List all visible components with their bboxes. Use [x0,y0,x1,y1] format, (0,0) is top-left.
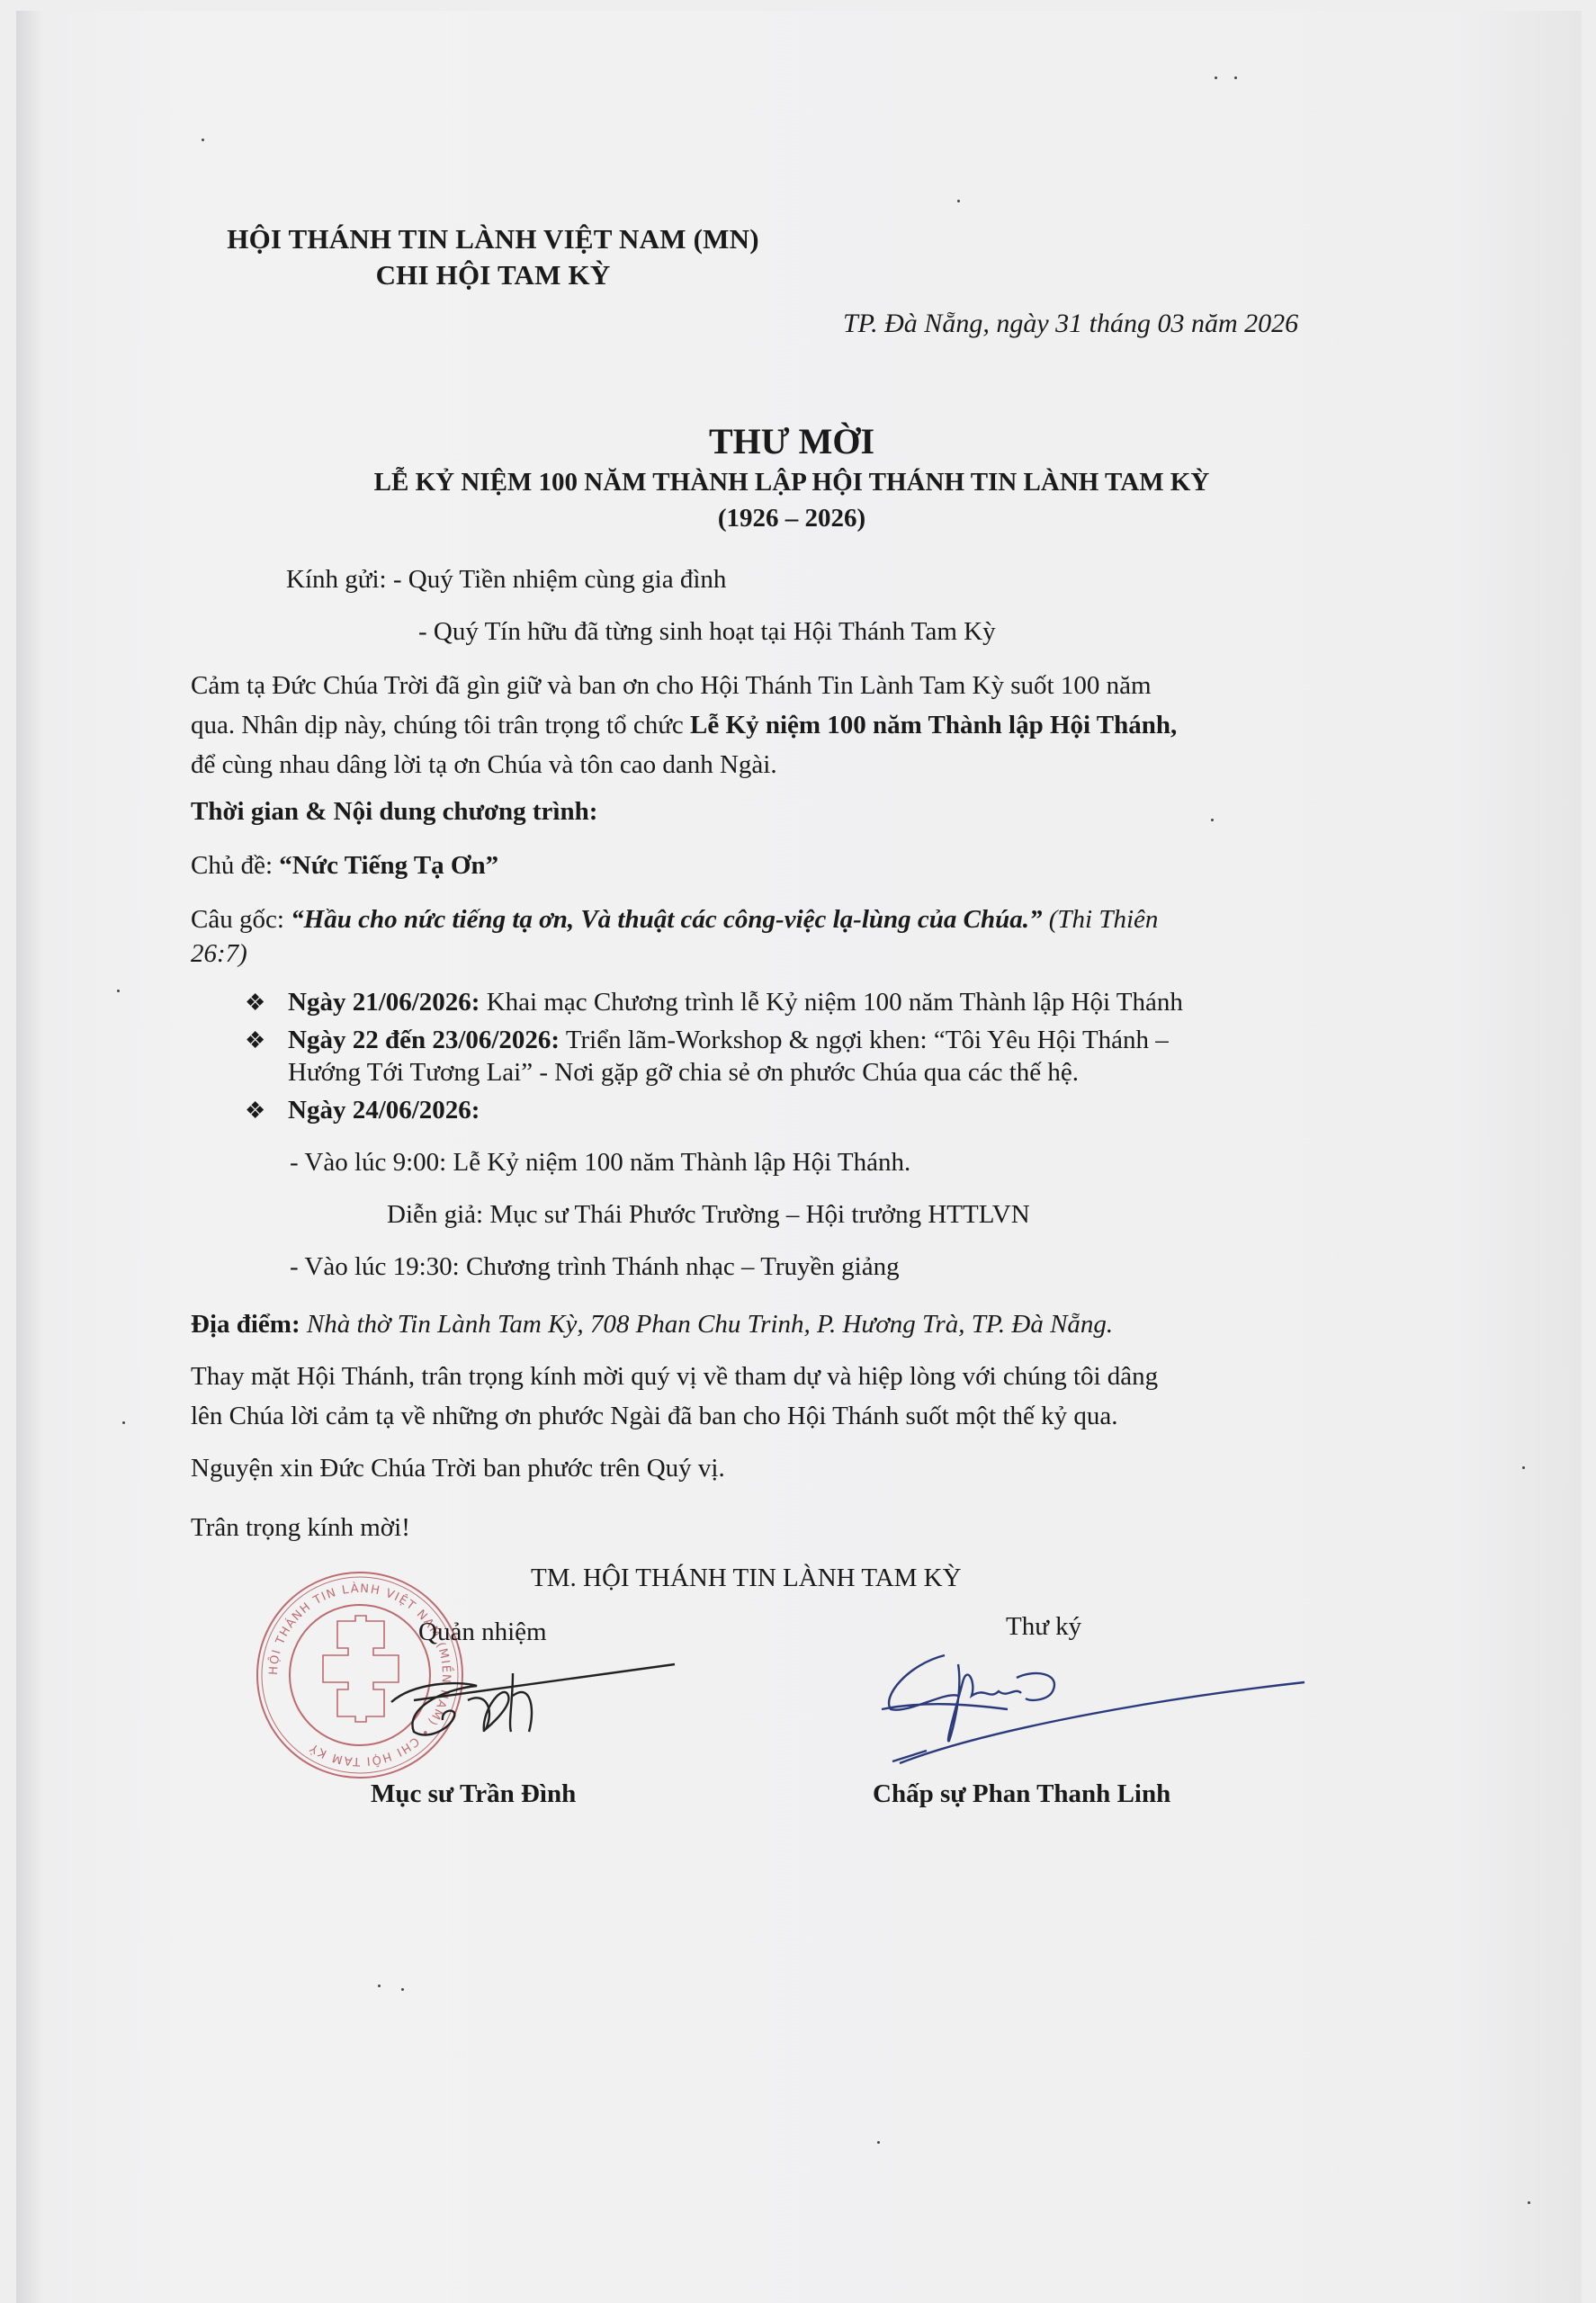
intro-line: để cùng nhau dâng lời tạ ơn Chúa và tôn … [191,745,1177,784]
sub-event-evening: - Vào lúc 19:30: Chương trình Thánh nhạc… [290,1247,900,1286]
recipient-item: - Quý Tiền nhiệm cùng gia đình [393,565,727,594]
speck [1528,2201,1530,2204]
location-value: Nhà thờ Tin Lành Tam Kỳ, 708 Phan Chu Tr… [307,1310,1113,1339]
regards-line: Trân trọng kính mời! [191,1508,410,1547]
event-item: ❖Ngày 21/06/2026: Khai mạc Chương trình … [245,982,1183,1023]
closing-paragraph: Thay mặt Hội Thánh, trân trọng kính mời … [191,1357,1158,1436]
event-item-continued: Hướng Tới Tương Lai” - Nơi gặp gỡ chia s… [288,1053,1079,1092]
event-name-emphasis: Lễ Kỷ niệm 100 năm Thành lập Hội Thánh [690,711,1170,739]
theme-value: “Nức Tiếng Tạ Ơn” [279,851,498,880]
verse-text: “Hầu cho nức tiếng tạ ơn, Và thuật các c… [291,905,1042,934]
verse-reference: (Thi Thiên [1043,905,1159,934]
theme-line: Chủ đề: “Nức Tiếng Tạ Ơn” [191,846,498,885]
intro-line: qua. Nhân dịp này, chúng tôi trân trọng … [191,705,1177,745]
intro-line: Cảm tạ Đức Chúa Trời đã gìn giữ và ban ơ… [191,666,1177,705]
document-title: THƯ MỜI [252,420,1331,462]
event-item: ❖Ngày 24/06/2026: [245,1090,480,1131]
recipients-label: Kính gửi: [286,565,387,594]
key-verse: Câu gốc: “Hầu cho nức tiếng tạ ơn, Và th… [191,900,1158,973]
speck [1522,1466,1525,1469]
speck [1215,76,1217,79]
verse-reference: 26:7) [191,939,247,968]
org-name: HỘI THÁNH TIN LÀNH VIỆT NAM (MN) [191,223,795,255]
speck [202,139,204,141]
recipients-line-1: Kính gửi: - Quý Tiền nhiệm cùng gia đình [286,560,726,599]
date-line: TP. Đà Nẵng, ngày 31 tháng 03 năm 2026 [843,309,1298,339]
branch-name: CHI HỘI TAM KỲ [191,259,795,291]
right-signer-name: Chấp sự Phan Thanh Linh [873,1774,1170,1814]
speck [877,2141,880,2144]
location-line: Địa điểm: Nhà thờ Tin Lành Tam Kỳ, 708 P… [191,1304,1113,1344]
sub-event-morning: - Vào lúc 9:00: Lễ Kỷ niệm 100 năm Thành… [290,1143,910,1182]
diamond-bullet-icon: ❖ [245,983,288,1023]
left-signature [378,1646,684,1745]
right-signature [873,1646,1314,1772]
speck [1234,76,1237,79]
recipient-item: - Quý Tín hữu đã từng sinh hoạt tại Hội … [418,612,996,651]
speck [117,990,120,992]
sub-event-speaker: Diễn giả: Mục sư Thái Phước Trường – Hội… [387,1195,1030,1234]
intro-paragraph: Cảm tạ Đức Chúa Trời đã gìn giữ và ban ơ… [191,666,1177,784]
program-heading: Thời gian & Nội dung chương trình: [191,792,597,831]
diamond-bullet-icon: ❖ [245,1091,288,1131]
diamond-bullet-icon: ❖ [245,1021,288,1061]
right-signer-role: Thư ký [1006,1607,1081,1646]
on-behalf-line: TM. HỘI THÁNH TIN LÀNH TAM KỲ [531,1558,962,1598]
speck [401,1988,404,1991]
speck [122,1421,125,1424]
speck [957,200,960,202]
speck [1211,819,1214,821]
document-years: (1926 – 2026) [252,504,1331,533]
speck [378,1985,381,1987]
blessing-line: Nguyện xin Đức Chúa Trời ban phước trên … [191,1448,725,1488]
document-subtitle: LỄ KỶ NIỆM 100 NĂM THÀNH LẬP HỘI THÁNH T… [252,468,1331,497]
left-signer-name: Mục sư Trần Đình [371,1774,576,1814]
